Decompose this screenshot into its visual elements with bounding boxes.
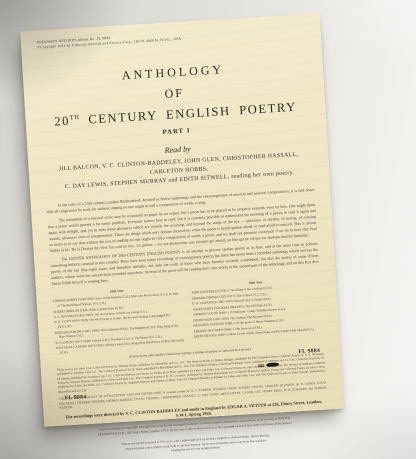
track-listing: Side One THOMAS HARDY (1840-1928): Snow …: [52, 276, 323, 356]
side-two-column: Side Two JOHN MASEFIELD (1878- ): The ti…: [191, 276, 324, 347]
photo-background: FOLKWAYS RECORDS Album No. FL 9884 ©Copy…: [0, 0, 416, 459]
introduction-text: In the rules of a 15th century London Br…: [47, 187, 320, 287]
record-care-note: This record should be played at 33⅓ r.p.…: [120, 433, 271, 456]
title-number: 20: [54, 113, 71, 128]
side-one-column: Side One THOMAS HARDY (1840-1928): Snow …: [52, 285, 185, 356]
title-block: ANTHOLOGY OF 20TH CENTURY ENGLISH POETRY…: [39, 57, 311, 143]
liner-notes-page: FOLKWAYS RECORDS Album No. FL 9884 ©Copy…: [20, 13, 344, 427]
title-ordinal: TH: [70, 114, 80, 122]
album-number-header: FOLKWAYS RECORDS Album No. FL 9884 ©Copy…: [37, 24, 305, 51]
